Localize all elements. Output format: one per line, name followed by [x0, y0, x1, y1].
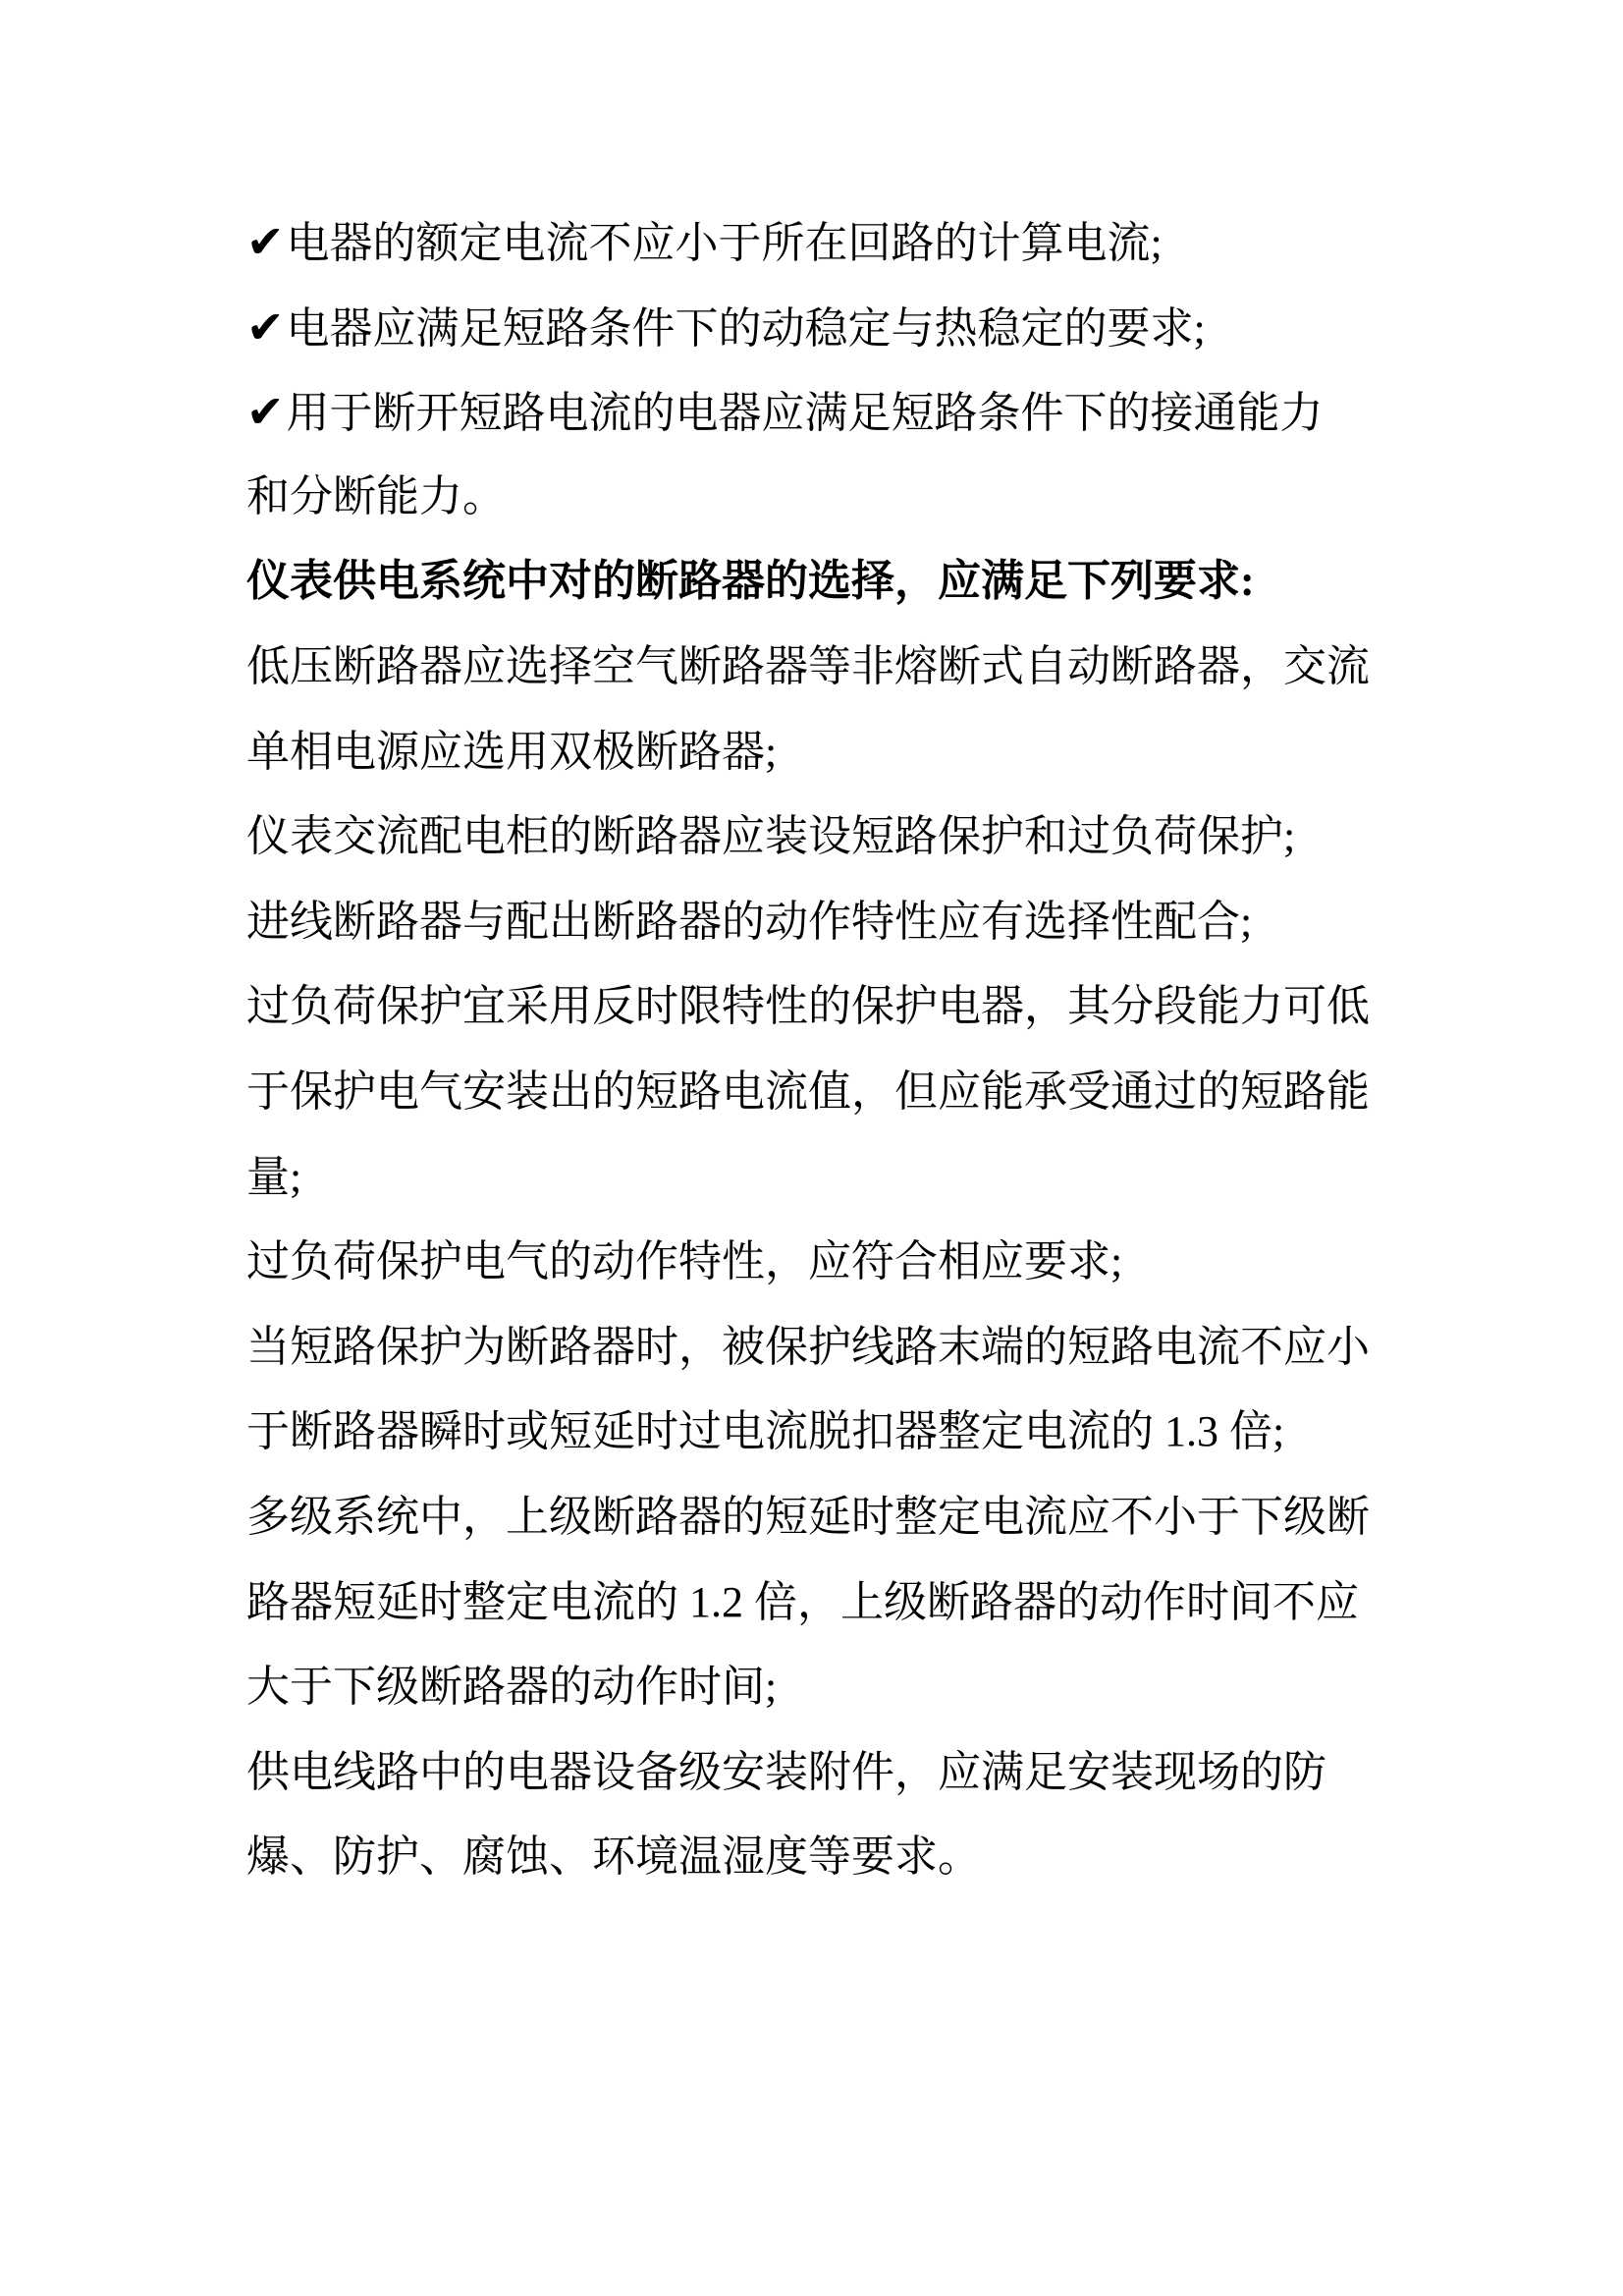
text-line: 和分断能力。: [246, 455, 1454, 540]
checklist-item: ✔用于断开短路电流的电器应满足短路条件下的接通能力: [246, 369, 1454, 455]
document-page: ✔电器的额定电流不应小于所在回路的计算电流; ✔电器应满足短路条件下的动稳定与热…: [0, 0, 1623, 2296]
checkmark-icon: ✔: [246, 385, 285, 438]
document-body: ✔电器的额定电流不应小于所在回路的计算电流; ✔电器应满足短路条件下的动稳定与热…: [246, 199, 1454, 1900]
text-line: 进线断路器与配出断路器的动作特性应有选择性配合;: [246, 880, 1454, 965]
text-line: 过负荷保护宜采用反时限特性的保护电器，其分段能力可低: [246, 964, 1454, 1050]
text-line: 大于下级断路器的动作时间;: [246, 1645, 1454, 1730]
checklist-item-text: 电器的额定电流不应小于所在回路的计算电流;: [287, 219, 1163, 267]
section-heading: 仪表供电系统中对的断路器的选择，应满足下列要求:: [246, 539, 1454, 625]
checklist-item: ✔电器的额定电流不应小于所在回路的计算电流;: [246, 199, 1454, 285]
checkmark-icon: ✔: [246, 215, 285, 268]
checklist-item-text: 电器应满足短路条件下的动稳定与热稳定的要求;: [287, 304, 1206, 353]
text-line: 路器短延时整定电流的 1.2 倍，上级断路器的动作时间不应: [246, 1560, 1454, 1646]
text-line: 多级系统中，上级断路器的短延时整定电流应不小于下级断: [246, 1475, 1454, 1560]
text-line: 仪表交流配电柜的断路器应装设短路保护和过负荷保护;: [246, 794, 1454, 880]
checkmark-icon: ✔: [246, 301, 285, 354]
text-line: 过负荷保护电气的动作特性，应符合相应要求;: [246, 1220, 1454, 1305]
text-line: 低压断路器应选择空气断路器等非熔断式自动断路器，交流: [246, 625, 1454, 710]
text-line: 当短路保护为断路器时，被保护线路末端的短路电流不应小: [246, 1305, 1454, 1391]
text-line: 供电线路中的电器设备级安装附件，应满足安装现场的防: [246, 1730, 1454, 1816]
text-line: 于保护电气安装出的短路电流值，但应能承受通过的短路能: [246, 1050, 1454, 1135]
checklist-item-text: 用于断开短路电流的电器应满足短路条件下的接通能力: [287, 389, 1324, 437]
text-line: 单相电源应选用双极断路器;: [246, 710, 1454, 795]
checklist-item: ✔电器应满足短路条件下的动稳定与热稳定的要求;: [246, 285, 1454, 370]
text-line: 爆、防护、腐蚀、环境温湿度等要求。: [246, 1815, 1454, 1900]
text-line: 量;: [246, 1135, 1454, 1221]
text-line: 于断路器瞬时或短延时过电流脱扣器整定电流的 1.3 倍;: [246, 1390, 1454, 1475]
